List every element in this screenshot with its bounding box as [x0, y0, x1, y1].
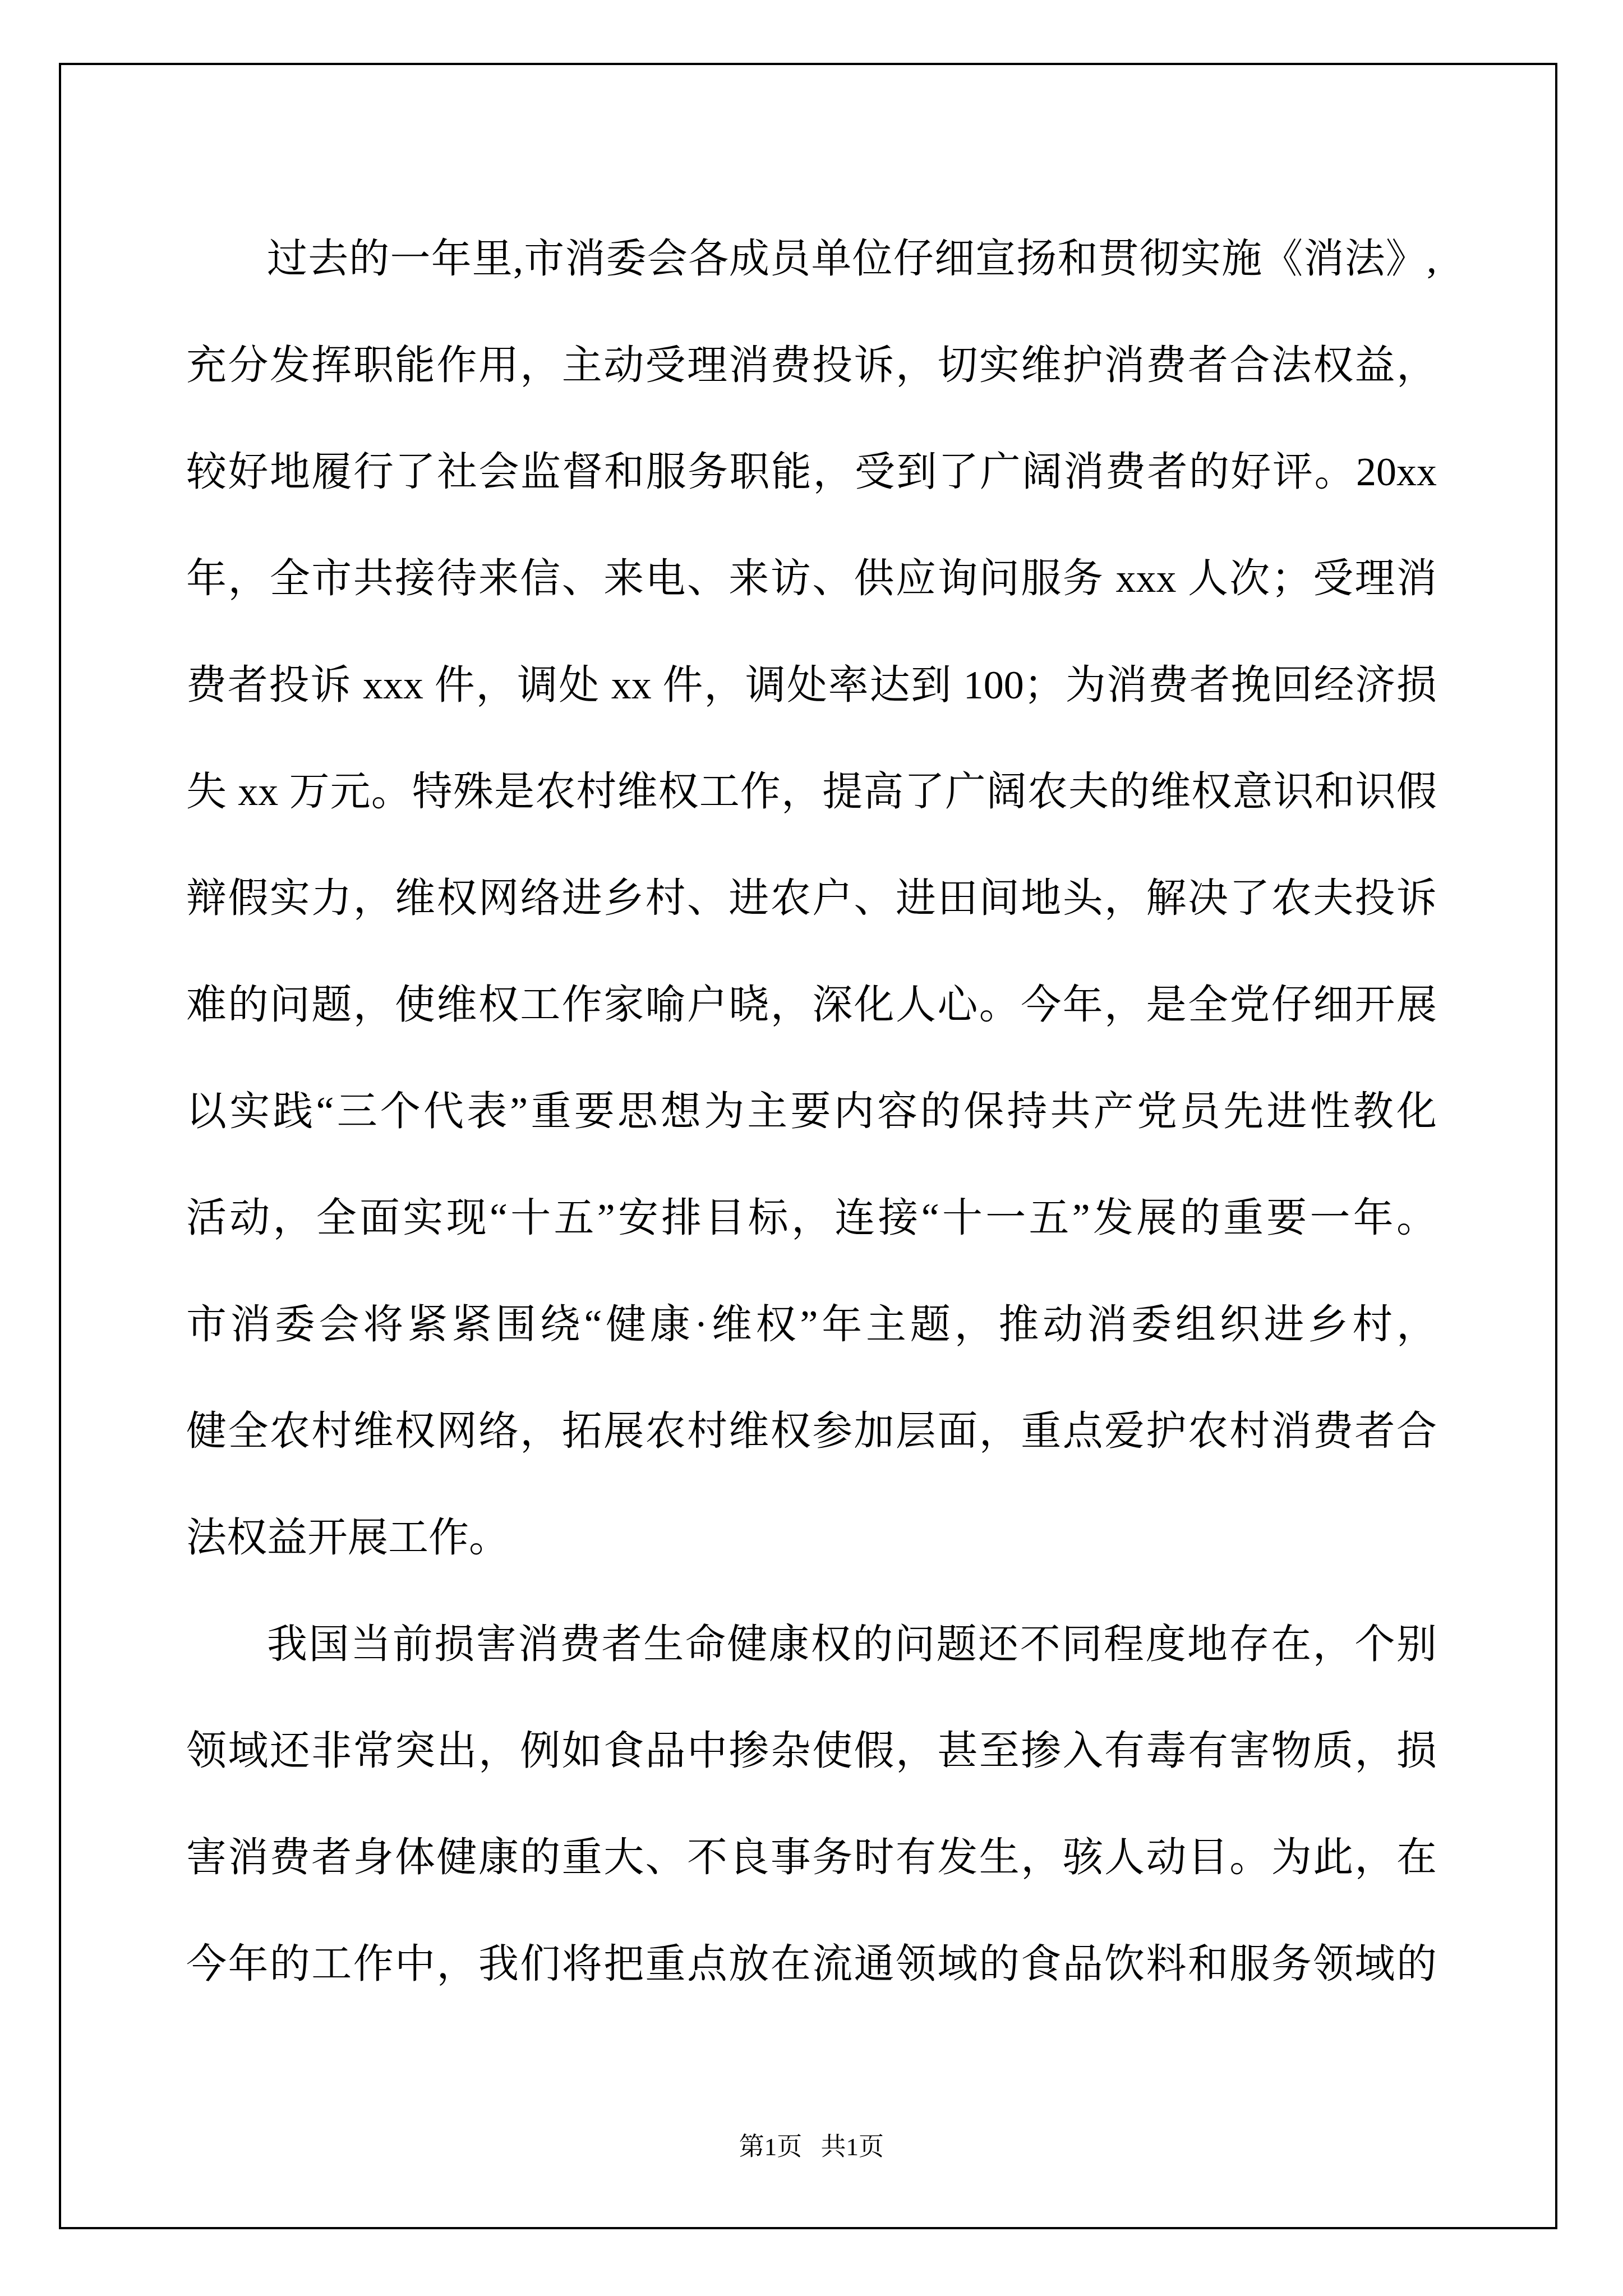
text-line: 以实践“三个代表”重要思想为主要内容的保持共产党员先进性教化: [186, 1058, 1437, 1165]
page-footer: 第1页 共1页: [0, 2129, 1623, 2164]
text-line: 年，全市共接待来信、来电、来访、供应询问服务 xxx 人次；受理消: [186, 525, 1437, 632]
text-line: 我国当前损害消费者生命健康权的问题还不同程度地存在，个别: [186, 1591, 1437, 1697]
text-line: 难的问题，使维权工作家喻户晓，深化人心。今年，是全党仔细开展: [186, 951, 1437, 1058]
text-line: 法权益开展工作。: [186, 1484, 1437, 1591]
text-line: 领域还非常突出，例如食品中掺杂使假，甚至掺入有毒有害物质，损: [186, 1697, 1437, 1804]
paragraph-1: 过去的一年里,市消委会各成员单位仔细宣扬和贯彻实施《消法》, 充分发挥职能作用，…: [186, 205, 1437, 1591]
text-line: 害消费者身体健康的重大、不良事务时有发生，骇人动目。为此，在: [186, 1804, 1437, 1911]
text-line: 健全农村维权网络，拓展农村维权参加层面，重点爱护农村消费者合: [186, 1378, 1437, 1484]
text-line: 过去的一年里,市消委会各成员单位仔细宣扬和贯彻实施《消法》,: [186, 205, 1437, 312]
text-line: 辩假实力，维权网络进乡村、进农户、进田间地头，解决了农夫投诉: [186, 845, 1437, 951]
text-line: 今年的工作中，我们将把重点放在流通领域的食品饮料和服务领域的: [186, 1911, 1437, 2017]
text-line: 较好地履行了社会监督和服务职能，受到了广阔消费者的好评。20xx: [186, 418, 1437, 525]
text-line: 活动，全面实现“十五”安排目标，连接“十一五”发展的重要一年。: [186, 1165, 1437, 1271]
document-body: 过去的一年里,市消委会各成员单位仔细宣扬和贯彻实施《消法》, 充分发挥职能作用，…: [186, 205, 1437, 2017]
text-line: 费者投诉 xxx 件，调处 xx 件，调处率达到 100；为消费者挽回经济损: [186, 632, 1437, 738]
paragraph-2: 我国当前损害消费者生命健康权的问题还不同程度地存在，个别 领域还非常突出，例如食…: [186, 1591, 1437, 2017]
document-page: 过去的一年里,市消委会各成员单位仔细宣扬和贯彻实施《消法》, 充分发挥职能作用，…: [0, 0, 1623, 2296]
text-line: 充分发挥职能作用，主动受理消费投诉，切实维护消费者合法权益，: [186, 312, 1437, 418]
text-line: 失 xx 万元。特殊是农村维权工作，提高了广阔农夫的维权意识和识假: [186, 738, 1437, 845]
text-line: 市消委会将紧紧围绕“健康·维权”年主题，推动消委组织进乡村，: [186, 1271, 1437, 1378]
